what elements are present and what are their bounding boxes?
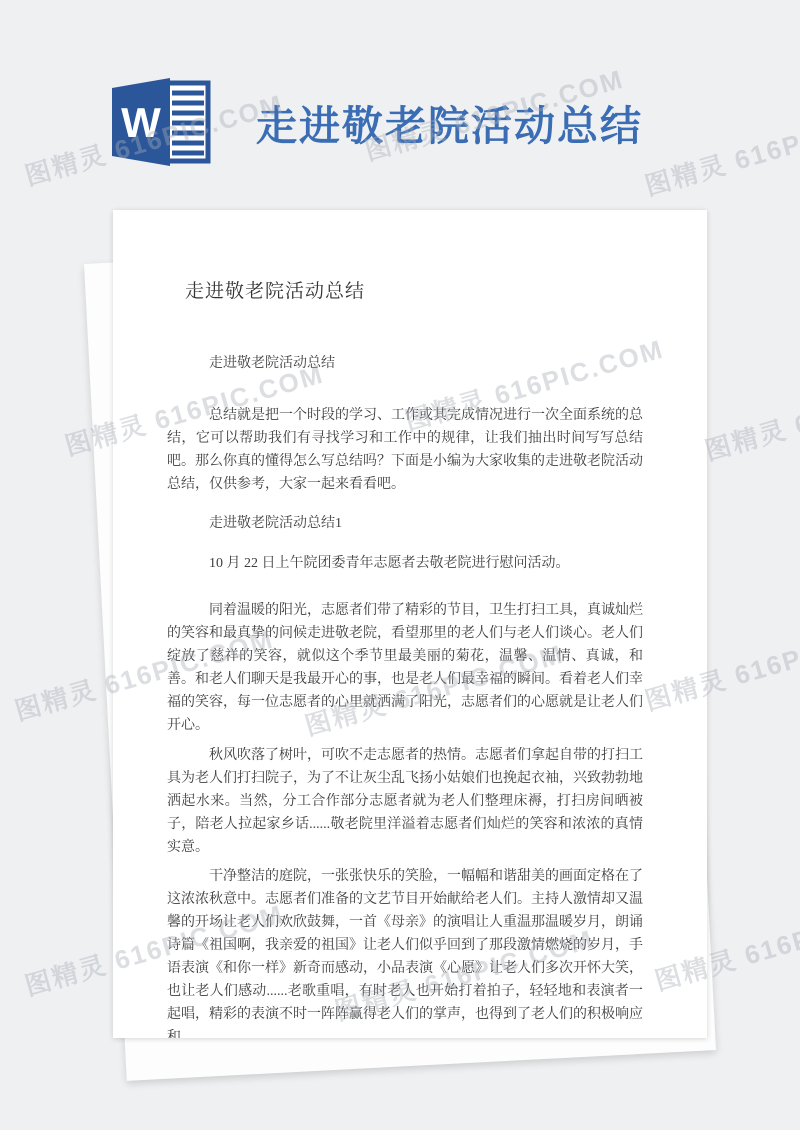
- document-title: 走进敬老院活动总结: [185, 276, 643, 303]
- document-paragraph: 秋风吹落了树叶，可吹不走志愿者的热情。志愿者们拿起自带的打扫工具为老人们打扫院子…: [167, 744, 643, 859]
- document-paragraph: 总结就是把一个时段的学习、工作或其完成情况进行一次全面系统的总结，它可以帮助我们…: [167, 404, 643, 496]
- word-logo-icon: W: [112, 78, 212, 166]
- document-page: 走进敬老院活动总结 走进敬老院活动总结总结就是把一个时段的学习、工作或其完成情况…: [113, 210, 707, 1038]
- watermark-text: 图精灵 616PIC.COM: [640, 94, 800, 203]
- document-paragraph: 同着温暖的阳光，志愿者们带了精彩的节目，卫生打扫工具，真诚灿烂的笑容和最真挚的问…: [167, 599, 643, 737]
- document-body: 走进敬老院活动总结总结就是把一个时段的学习、工作或其完成情况进行一次全面系统的总…: [167, 352, 643, 1038]
- document-subheading: 走进敬老院活动总结1: [167, 512, 643, 535]
- header-title: 走进敬老院活动总结: [256, 93, 643, 152]
- header: W 走进敬老院活动总结: [112, 78, 643, 166]
- word-logo-letter: W: [121, 99, 161, 146]
- document-paragraph: 10 月 22 日上午院团委青年志愿者去敬老院进行慰问活动。: [167, 552, 643, 575]
- watermark-text: 图精灵 616PIC.COM: [700, 359, 800, 468]
- page-background: W 走进敬老院活动总结 走进敬老院活动总结 走进敬老院活动总结总结就是把一个时段…: [0, 0, 800, 1130]
- document-paragraph: 干净整洁的庭院，一张张快乐的笑脸，一幅幅和谐甜美的画面定格在了这浓浓秋意中。志愿…: [167, 865, 643, 1038]
- word-logo-lines: [172, 93, 204, 153]
- document-subheading: 走进敬老院活动总结: [167, 352, 643, 375]
